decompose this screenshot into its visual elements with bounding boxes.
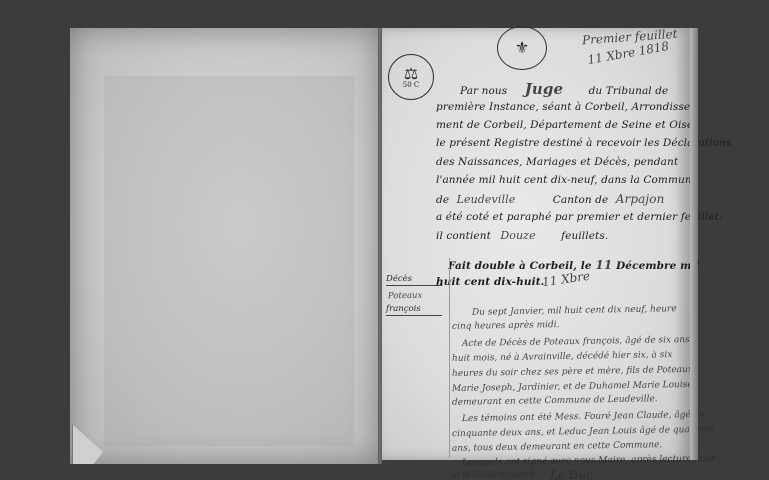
right-page: ⚖50 C ⚜ Premier feuillet 11 Xbre 1818 Pa… (382, 28, 690, 460)
form-line-11: huit cent dix-huit. (436, 276, 544, 288)
entry-line-10: ans, tous deux demeurant en cette Commun… (452, 440, 662, 454)
entry-line-2: cinq heures après midi. (452, 320, 560, 332)
entry-line-9: cinquante deux ans, et Leduc Jean Louis … (452, 425, 714, 440)
margin-note-name-1: Poteaux (388, 291, 422, 302)
form-line-8: a été coté et paraphé par premier et der… (436, 211, 723, 223)
entry-line-12: et le Décès constaté. (452, 469, 537, 479)
entry-line-1: Du sept Janvier, mil huit cent dix neuf,… (472, 304, 677, 318)
margin-note-name-2: françois (386, 304, 442, 316)
paper-corner-tab (72, 424, 103, 464)
form-line-7: de Leudeville Canton de Arpajon (436, 192, 664, 206)
entry-line-7: demeurant en cette Commune de Leudeville… (452, 394, 658, 408)
entry-line-5: heures du soir chez ses père et mère, fi… (452, 365, 693, 379)
left-page-blank (70, 28, 380, 464)
signature-witness-1: Le Duc (550, 468, 593, 480)
margin-note-title: Décès (386, 274, 442, 286)
form-line-5: des Naissances, Mariages et Décès, penda… (436, 156, 678, 168)
seal-round-top-icon: ⚜ (497, 26, 547, 70)
page-offset-shadow (104, 76, 354, 446)
entry-line-8: Les témoins ont été Mess. Fouré Jean Cla… (462, 410, 705, 424)
entry-line-6: Marie Joseph, Jardinier, et de Duhamel M… (452, 380, 693, 394)
form-line-4: le présent Registre destiné à recevoir l… (436, 137, 732, 149)
register-scan: ⚖50 C ⚜ Premier feuillet 11 Xbre 1818 Pa… (0, 0, 769, 480)
form-line-2: première Instance, séant à Corbeil, Arro… (436, 101, 694, 113)
form-line-3: ment de Corbeil, Département de Seine et… (436, 119, 697, 131)
page-edge (690, 28, 698, 460)
margin-rule (449, 258, 450, 458)
form-line-9: il contient Douze feuillets. (436, 229, 608, 242)
entry-line-3: Acte de Décès de Poteaux françois, âgé d… (462, 335, 690, 349)
entry-line-11: Lesquels ont signé avec nous Maire, aprè… (462, 454, 715, 468)
form-line-6: l'année mil huit cent dix-neuf, dans la … (436, 174, 698, 186)
seal-justice-figure-icon: ⚖50 C (388, 54, 434, 100)
entry-line-4: huit mois, né à Avrainville, décédé hier… (452, 350, 672, 364)
form-line-1: Par nous Juge du Tribunal de (460, 80, 668, 98)
